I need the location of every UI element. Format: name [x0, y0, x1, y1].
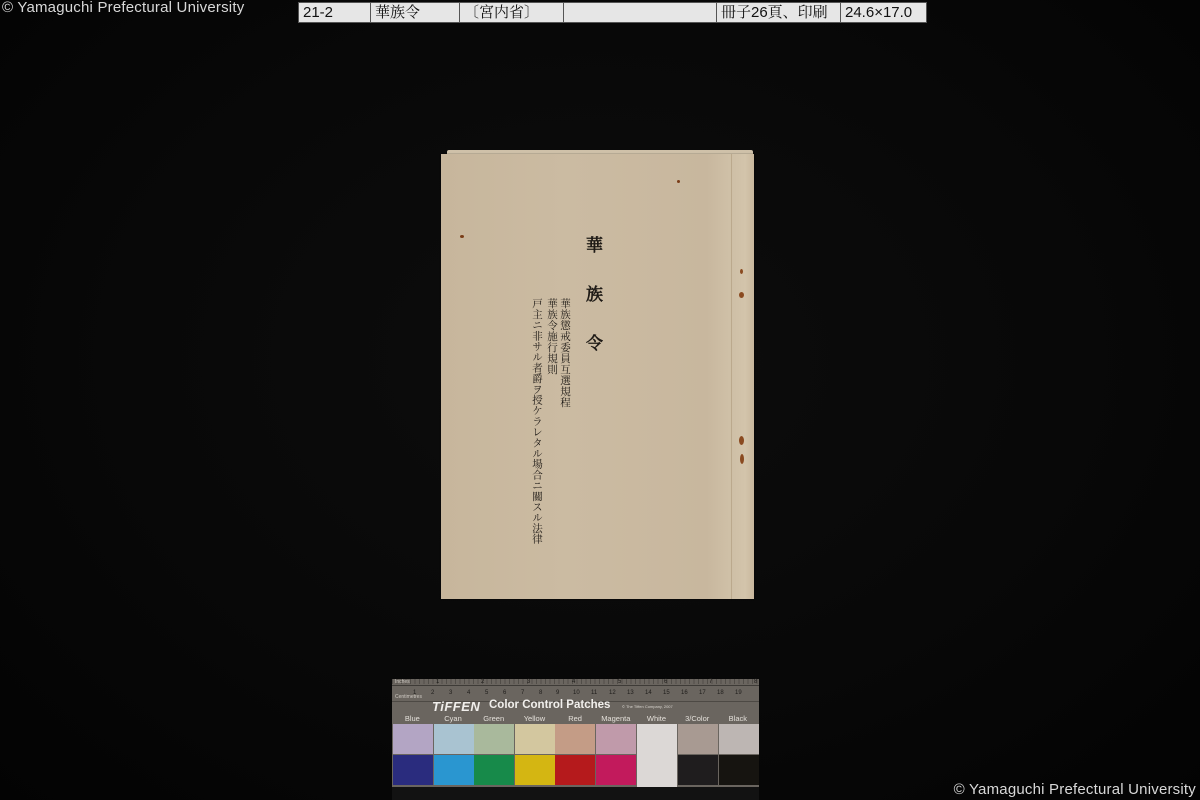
cm-mark: 6: [503, 690, 506, 696]
inch-mark: 1: [436, 679, 439, 685]
patch-magenta-light: [596, 724, 636, 754]
cm-mark: 14: [645, 690, 652, 696]
catalog-info-bar: 21-2 華族令 〔宮内省〕 冊子26頁、印刷 24.6×17.0: [298, 2, 927, 23]
cm-mark: 12: [609, 690, 616, 696]
cm-mark: 17: [699, 690, 706, 696]
cm-mark: 3: [449, 690, 452, 696]
item-dimensions: 24.6×17.0: [841, 3, 926, 22]
foxing-stain: [677, 180, 680, 183]
patch-green-dark: [474, 755, 514, 785]
chart-title: Color Control Patches: [489, 699, 610, 711]
patch-black-dark: [719, 755, 759, 785]
patch-black-light: [719, 724, 759, 754]
cm-mark: 9: [556, 690, 559, 696]
chart-base-strip: [392, 787, 759, 800]
patch-red-light: [555, 724, 595, 754]
patch-3color-light: [678, 724, 718, 754]
patch-cyan-dark: [434, 755, 474, 785]
catalog-number: 21-2: [299, 3, 371, 22]
patch-green-light: [474, 724, 514, 754]
patch-blue-dark: [393, 755, 433, 785]
cm-mark: 1: [413, 690, 416, 696]
inch-mark: 7: [709, 679, 712, 685]
patch-label-cyan: Cyan: [433, 714, 474, 724]
patch-label-blue: Blue: [392, 714, 433, 724]
foxing-stain: [740, 269, 743, 274]
cm-mark: 13: [627, 690, 634, 696]
patch-labels: Blue Cyan Green Yellow Red Magenta White…: [392, 714, 759, 724]
copyright-watermark-top: © Yamaguchi Prefectural University: [2, 0, 244, 17]
ruler-inches-label: Inches: [395, 679, 410, 685]
patch-label-magenta: Magenta: [595, 714, 636, 724]
item-creator: 〔宮内省〕: [460, 3, 564, 22]
cm-mark: 15: [663, 690, 670, 696]
patch-red-dark: [555, 755, 595, 785]
color-control-chart: Inches Centimetres 1 2 3 4 5 6 7 8 1 2 3…: [392, 679, 759, 800]
document-cover: 華族令 華族懲戒委員互選規程 華族令施行規則 戸主ニ非サル者爵ヲ授ケラレタル場合…: [441, 154, 754, 599]
document-subtitle-3: 戸主ニ非サル者爵ヲ授ケラレタル場合ニ關スル法律: [530, 298, 545, 544]
color-patches: [392, 724, 759, 787]
cm-mark: 7: [521, 690, 524, 696]
document-subtitle-1: 華族懲戒委員互選規程: [558, 298, 573, 408]
cm-mark: 16: [681, 690, 688, 696]
inch-mark: 5: [618, 679, 621, 685]
inch-mark: 8: [754, 679, 757, 685]
item-title: 華族令: [371, 3, 460, 22]
inch-mark: 3: [527, 679, 530, 685]
tiffen-logo: TiFFEN: [432, 699, 480, 714]
patch-cyan-light: [434, 724, 474, 754]
patch-magenta-dark: [596, 755, 636, 785]
inch-mark: 6: [664, 679, 667, 685]
item-format: 冊子26頁、印刷: [717, 3, 841, 22]
patch-label-yellow: Yellow: [514, 714, 555, 724]
inch-mark: 2: [481, 679, 484, 685]
ruler-cm-label: Centimetres: [395, 694, 422, 700]
patch-white: [637, 724, 677, 788]
patch-blue-light: [393, 724, 433, 754]
cm-mark: 5: [485, 690, 488, 696]
chart-copyright: © The Tiffen Company, 2007: [622, 704, 673, 709]
patch-label-3color: 3/Color: [677, 714, 718, 724]
foxing-stain: [740, 454, 744, 464]
cm-mark: 4: [467, 690, 470, 696]
item-date: [564, 3, 717, 22]
cm-mark: 11: [591, 690, 597, 696]
inch-mark: 4: [572, 679, 575, 685]
ruler-divider: [392, 685, 759, 686]
cm-mark: 8: [539, 690, 542, 696]
document-title: 華族令: [580, 236, 605, 383]
document-binding-edge: [731, 154, 754, 599]
copyright-watermark-bottom: © Yamaguchi Prefectural University: [954, 781, 1196, 799]
patch-label-white: White: [636, 714, 677, 724]
cm-mark: 18: [717, 690, 724, 696]
patch-yellow-dark: [515, 755, 555, 785]
cm-mark: 10: [573, 690, 580, 696]
cm-mark: 19: [735, 690, 742, 696]
patch-3color-dark: [678, 755, 718, 785]
patch-yellow-light: [515, 724, 555, 754]
patch-label-black: Black: [718, 714, 759, 724]
document-subtitle-2: 華族令施行規則: [545, 298, 560, 375]
cm-mark: 2: [431, 690, 434, 696]
foxing-stain: [460, 235, 464, 238]
foxing-stain: [739, 292, 744, 298]
foxing-stain: [739, 436, 744, 445]
patch-label-green: Green: [473, 714, 514, 724]
patch-label-red: Red: [555, 714, 596, 724]
